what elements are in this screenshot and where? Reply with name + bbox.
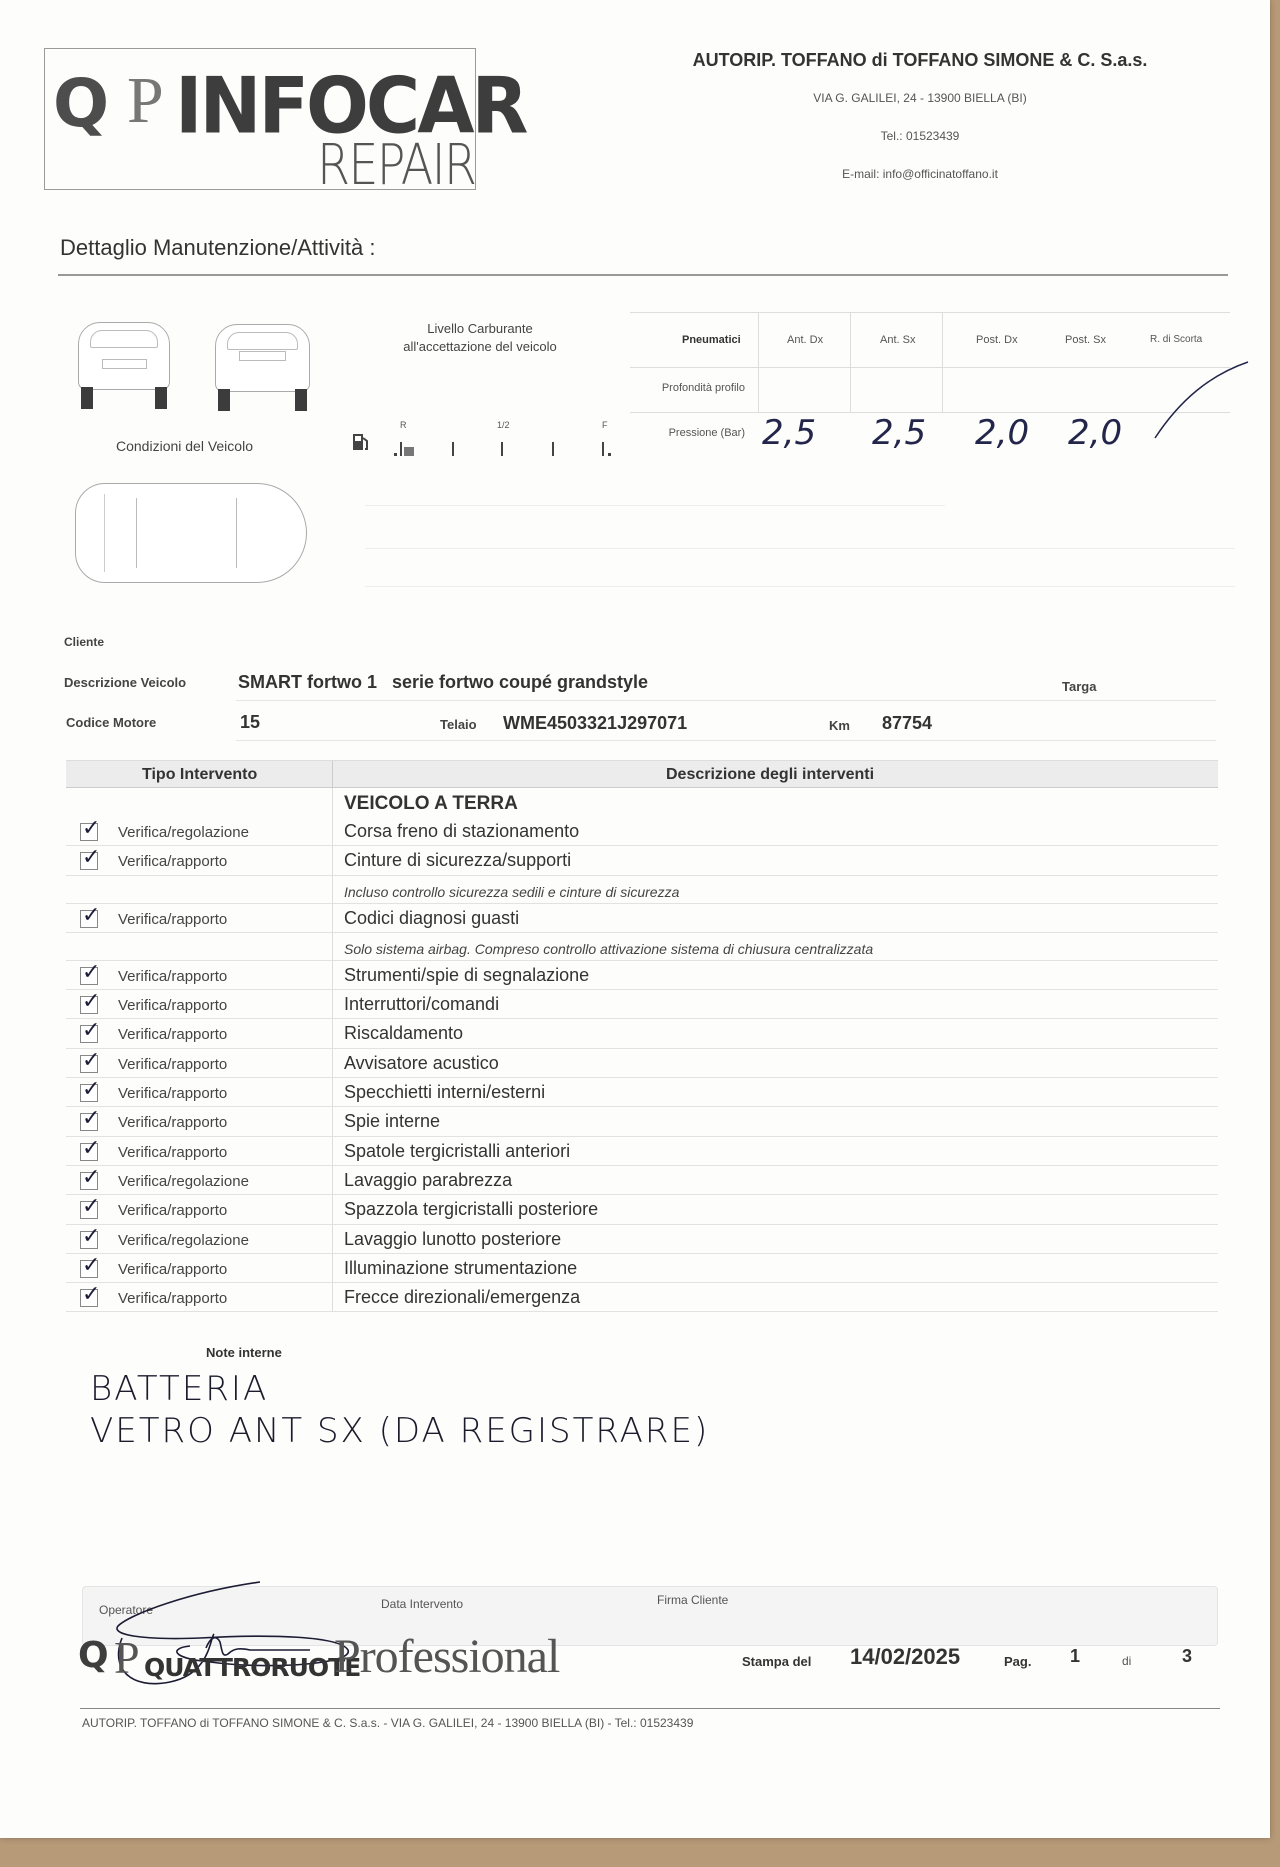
tires-header: Pneumatici (682, 334, 741, 346)
check-icon: ✓ (82, 1050, 100, 1072)
logo-q: Q (53, 65, 109, 142)
stampa-date: 14/02/2025 (850, 1644, 960, 1670)
intervention-row: ✓Verifica/rapportoCinture di sicurezza/s… (66, 846, 1218, 875)
intervention-row: ✓Verifica/regolazioneLavaggio lunotto po… (66, 1225, 1218, 1254)
fuel-label-line2: all'accettazione del veicolo (380, 338, 580, 356)
car-rear-icon (215, 324, 310, 392)
check-icon: ✓ (82, 1020, 100, 1042)
tire-col-ant-sx: Ant. Sx (880, 334, 915, 346)
check-icon: ✓ (82, 1226, 100, 1248)
intervention-row: ✓Verifica/rapportoInterruttori/comandi (66, 990, 1218, 1019)
intervention-type: Verifica/rapporto (118, 1290, 227, 1307)
tire-col-ant-dx: Ant. Dx (787, 334, 823, 346)
pressure-ant-sx: 2,5 (872, 413, 926, 453)
check-icon: ✓ (82, 1167, 100, 1189)
check-icon: ✓ (82, 1138, 100, 1160)
footer-logo-q: Q (78, 1635, 109, 1676)
intervention-type: Verifica/rapporto (118, 1026, 227, 1043)
footer-logo-pro: Professional (334, 1629, 559, 1684)
intervention-description: Specchietti interni/esterni (344, 1082, 545, 1103)
notes-handwritten: BATTERIA VETRO ANT SX (DA REGISTRARE) (90, 1368, 709, 1452)
intervention-checkbox[interactable]: ✓ (80, 1172, 98, 1190)
telaio-value: WME4503321J297071 (503, 713, 687, 734)
intervention-checkbox[interactable]: ✓ (80, 1025, 98, 1043)
data-intervento-label: Data Intervento (381, 1597, 463, 1611)
pressure-ant-dx: 2,5 (762, 413, 816, 453)
intervention-type: Verifica/regolazione (118, 824, 249, 841)
intervention-checkbox[interactable]: ✓ (80, 996, 98, 1014)
total-pages: 3 (1182, 1646, 1192, 1667)
company-phone: Tel.: 01523439 (640, 129, 1200, 143)
intervention-description: Interruttori/comandi (344, 994, 499, 1015)
spare-tire-slash-mark (1150, 360, 1250, 440)
interventions-table: Tipo Intervento Descrizione degli interv… (66, 760, 1218, 1312)
intervention-note: Solo sistema airbag. Compreso controllo … (66, 933, 1218, 961)
intervention-description: Riscaldamento (344, 1023, 463, 1044)
intervention-description: Strumenti/spie di segnalazione (344, 965, 589, 986)
tire-row-depth-label: Profondità profilo (630, 382, 745, 394)
fuel-mark-half: 1/2 (497, 420, 510, 430)
intervention-description: Frecce direzionali/emergenza (344, 1287, 580, 1308)
intervention-row: ✓Verifica/rapportoFrecce direzionali/eme… (66, 1283, 1218, 1312)
check-icon: ✓ (82, 1284, 100, 1306)
stampa-label: Stampa del (742, 1654, 811, 1669)
intervention-description: Avvisatore acustico (344, 1053, 499, 1074)
descrizione-veicolo-label: Descrizione Veicolo (64, 675, 186, 690)
company-info: AUTORIP. TOFFANO di TOFFANO SIMONE & C. … (640, 50, 1200, 181)
intervention-row: ✓Verifica/rapportoRiscaldamento (66, 1019, 1218, 1048)
firma-cliente-label: Firma Cliente (657, 1593, 728, 1607)
infocar-repair-logo: Q P INFOCAR REPAIR (44, 48, 476, 190)
fuel-level-label: Livello Carburante all'accettazione del … (380, 320, 580, 356)
interventions-rows: VEICOLO A TERRA ✓Verifica/regolazioneCor… (66, 788, 1218, 1312)
intervention-checkbox[interactable]: ✓ (80, 1084, 98, 1102)
fuel-tick (501, 442, 503, 456)
intervention-checkbox[interactable]: ✓ (80, 852, 98, 870)
fuel-gauge: R 1/2 F (352, 420, 622, 460)
tire-row-pressure-label: Pressione (Bar) (630, 427, 745, 439)
col-tipo-intervento: Tipo Intervento (142, 766, 257, 784)
fuel-dot (608, 453, 611, 456)
check-icon: ✓ (82, 1079, 100, 1101)
intervention-description: Spie interne (344, 1111, 440, 1132)
intervention-checkbox[interactable]: ✓ (80, 823, 98, 841)
check-icon: ✓ (82, 991, 100, 1013)
di-label: di (1122, 1654, 1131, 1668)
check-icon: ✓ (82, 818, 100, 840)
check-icon: ✓ (82, 1255, 100, 1277)
footer-logo-brand: QUATTRORUOTE (144, 1653, 360, 1682)
intervention-checkbox[interactable]: ✓ (80, 1113, 98, 1131)
check-icon: ✓ (82, 847, 100, 869)
footer-address: AUTORIP. TOFFANO di TOFFANO SIMONE & C. … (82, 1716, 693, 1730)
intervention-row: ✓Verifica/rapportoSpazzola tergicristall… (66, 1195, 1218, 1224)
fuel-mark-full: F (602, 420, 608, 430)
intervention-type: Verifica/regolazione (118, 1232, 249, 1249)
intervention-note: Incluso controllo sicurezza sedili e cin… (66, 876, 1218, 904)
intervention-type: Verifica/rapporto (118, 1261, 227, 1278)
tire-col-spare: R. di Scorta (1150, 334, 1202, 345)
group-title: VEICOLO A TERRA (66, 788, 1218, 817)
intervention-description: Corsa freno di stazionamento (344, 821, 579, 842)
intervention-checkbox[interactable]: ✓ (80, 1201, 98, 1219)
fuel-level-bar (404, 447, 414, 456)
intervention-type: Verifica/rapporto (118, 1056, 227, 1073)
section-divider (58, 274, 1228, 276)
document-page: Q P INFOCAR REPAIR AUTORIP. TOFFANO di T… (0, 0, 1270, 1838)
intervention-checkbox[interactable]: ✓ (80, 1143, 98, 1161)
intervention-description: Illuminazione strumentazione (344, 1258, 577, 1279)
intervention-description: Codici diagnosi guasti (344, 908, 519, 929)
car-top-view-icon (75, 483, 307, 583)
fuel-label-line1: Livello Carburante (380, 320, 580, 338)
intervention-checkbox[interactable]: ✓ (80, 1289, 98, 1307)
tire-col-post-dx: Post. Dx (976, 334, 1018, 346)
fuel-tick (552, 442, 554, 456)
fuel-mark-reserve: R (400, 420, 407, 430)
intervention-type: Verifica/rapporto (118, 1202, 227, 1219)
pressure-post-sx: 2,0 (1068, 413, 1122, 453)
intervention-row: ✓Verifica/rapportoAvvisatore acustico (66, 1049, 1218, 1078)
intervention-description: Lavaggio lunotto posteriore (344, 1229, 561, 1250)
km-value: 87754 (882, 713, 932, 734)
pag-label: Pag. (1004, 1654, 1031, 1669)
intervention-row: ✓Verifica/rapportoIlluminazione strument… (66, 1254, 1218, 1283)
company-name: AUTORIP. TOFFANO di TOFFANO SIMONE & C. … (640, 50, 1200, 71)
notes-label: Note interne (206, 1345, 282, 1360)
intervention-description: Spatole tergicristalli anteriori (344, 1141, 570, 1162)
intervention-row: ✓Verifica/rapportoSpie interne (66, 1107, 1218, 1136)
tires-table: Pneumatici Ant. Dx Ant. Sx Post. Dx Post… (630, 312, 1230, 462)
intervention-row: ✓Verifica/rapportoSpecchietti interni/es… (66, 1078, 1218, 1107)
check-icon: ✓ (82, 962, 100, 984)
notes-line2: VETRO ANT SX (DA REGISTRARE) (90, 1410, 709, 1452)
check-icon: ✓ (82, 1196, 100, 1218)
page-number: 1 (1070, 1646, 1080, 1667)
check-icon: ✓ (82, 905, 100, 927)
interventions-header: Tipo Intervento Descrizione degli interv… (66, 760, 1218, 788)
intervention-type: Verifica/rapporto (118, 997, 227, 1014)
intervention-type: Verifica/rapporto (118, 1114, 227, 1131)
car-front-icon (78, 322, 170, 390)
intervention-type: Verifica/rapporto (118, 1085, 227, 1102)
targa-label: Targa (1062, 679, 1096, 694)
intervention-type: Verifica/rapporto (118, 968, 227, 985)
intervention-type: Verifica/regolazione (118, 1173, 249, 1190)
intervention-row: ✓Verifica/regolazioneLavaggio parabrezza (66, 1166, 1218, 1195)
codice-motore-value: 15 (240, 712, 260, 733)
codice-motore-label: Codice Motore (66, 715, 156, 730)
descrizione-veicolo-value: SMART fortwo 1 serie fortwo coupé grands… (238, 672, 648, 693)
km-label: Km (829, 718, 850, 733)
section-title: Dettaglio Manutenzione/Attività : (60, 235, 376, 261)
vehicle-condition-label: Condizioni del Veicolo (116, 438, 253, 454)
logo-p: P (127, 63, 164, 139)
intervention-checkbox[interactable]: ✓ (80, 910, 98, 928)
intervention-type: Verifica/rapporto (118, 853, 227, 870)
intervention-row: ✓Verifica/rapportoSpatole tergicristalli… (66, 1137, 1218, 1166)
intervention-checkbox[interactable]: ✓ (80, 1260, 98, 1278)
intervention-row: ✓Verifica/rapportoCodici diagnosi guasti (66, 904, 1218, 933)
intervention-row: ✓Verifica/regolazioneCorsa freno di staz… (66, 817, 1218, 846)
pressure-post-dx: 2,0 (975, 413, 1029, 453)
intervention-description: Spazzola tergicristalli posteriore (344, 1199, 598, 1220)
fuel-tick (602, 442, 604, 456)
cliente-label: Cliente (64, 635, 104, 649)
intervention-checkbox[interactable]: ✓ (80, 1231, 98, 1249)
intervention-checkbox[interactable]: ✓ (80, 1055, 98, 1073)
intervention-type: Verifica/rapporto (118, 911, 227, 928)
intervention-description: Lavaggio parabrezza (344, 1170, 512, 1191)
intervention-checkbox[interactable]: ✓ (80, 967, 98, 985)
intervention-row: ✓Verifica/rapportoStrumenti/spie di segn… (66, 961, 1218, 990)
footer-logo-p: P (114, 1631, 140, 1684)
notes-line1: BATTERIA (90, 1368, 709, 1410)
telaio-label: Telaio (440, 717, 477, 732)
check-icon: ✓ (82, 1108, 100, 1130)
intervention-description: Cinture di sicurezza/supporti (344, 850, 571, 871)
fuel-tick (400, 442, 402, 456)
fuel-tick (452, 442, 454, 456)
fuel-pump-icon (352, 432, 370, 452)
logo-sub: REPAIR (317, 133, 475, 198)
company-email: E-mail: info@officinatoffano.it (640, 167, 1200, 181)
tire-col-post-sx: Post. Sx (1065, 334, 1106, 346)
fuel-dot (394, 453, 397, 456)
col-descrizione: Descrizione degli interventi (666, 766, 874, 784)
footer-divider (80, 1708, 1220, 1709)
intervention-type: Verifica/rapporto (118, 1144, 227, 1161)
company-address: VIA G. GALILEI, 24 - 13900 BIELLA (BI) (640, 91, 1200, 105)
